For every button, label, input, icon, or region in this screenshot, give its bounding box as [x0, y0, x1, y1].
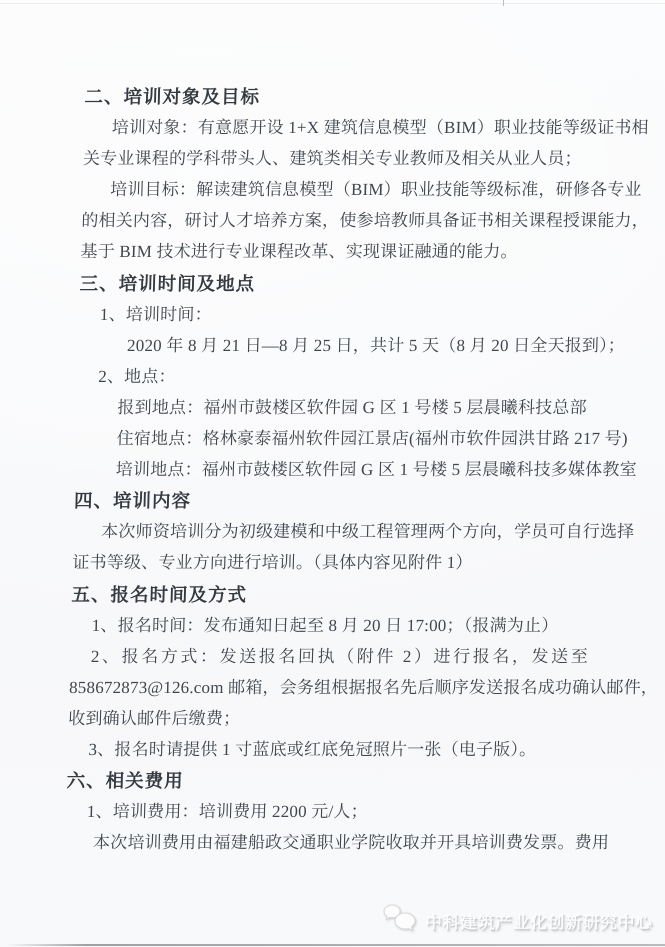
- text-line: 培训目标：解读建筑信息模型（BIM）职业技能等级标准，研修各专业: [82, 174, 631, 205]
- text-line: 住宿地点：格林豪泰福州软件园江景店(福州市软件园洪甘路 217 号): [75, 423, 624, 454]
- watermark-label: 中科建筑产业化创新研究中心: [426, 909, 654, 933]
- text-line: 的相关内容，研讨人才培养方案，使参培教师具备证书相关课程授课能力，: [81, 205, 630, 236]
- text-line: 证书等级、专业方向进行培训。（具体内容见附件 1）: [72, 547, 621, 578]
- text-line: 培训对象：有意愿开设 1+X 建筑信息模型（BIM）职业技能等级证书相: [83, 112, 632, 143]
- section-heading: 六、相关费用: [66, 765, 615, 796]
- text-line: 报到地点：福州市鼓楼区软件园 G 区 1 号楼 5 层晨曦科技总部: [76, 392, 625, 423]
- section-heading: 五、报名时间及方式: [71, 579, 620, 610]
- chat-bubbles-logo-icon: [381, 903, 417, 940]
- text-line: 关专业课程的学科带头人、建筑类相关专业教师及相关从业人员；: [83, 143, 632, 174]
- list-item: 2、地点：: [77, 361, 626, 392]
- list-item: 2、报名方式：发送报名回执（附件 2）进行报名，发送至: [70, 641, 619, 672]
- section-heading: 四、培训内容: [74, 485, 623, 516]
- text-line: 本次师资培训分为初级建模和中级工程管理两个方向，学员可自行选择: [73, 516, 622, 547]
- list-item: 1、培训时间：: [78, 299, 627, 330]
- document-page: 二、培训对象及目标 培训对象：有意愿开设 1+X 建筑信息模型（BIM）职业技能…: [0, 0, 665, 947]
- section-heading: 二、培训对象及目标: [84, 81, 633, 112]
- section-heading: 三、培训时间及地点: [79, 268, 628, 299]
- list-item: 3、报名时请提供 1 寸蓝底或红底免冠照片一张（电子版）。: [67, 734, 616, 765]
- scan-top-edge: [0, 0, 665, 4]
- text-line: 收到确认邮件后缴费；: [68, 703, 617, 734]
- text-line: 培训地点：福州市鼓楼区软件园 G 区 1 号楼 5 层晨曦科技多媒体教室: [74, 454, 623, 485]
- text-line: 2020 年 8 月 21 日—8 月 25 日，共计 5 天（8 月 20 日…: [78, 330, 627, 361]
- text-line: 基于 BIM 技术进行专业课程改革、实现课证融通的能力。: [80, 236, 629, 267]
- list-item: 1、培训费用：培训费用 2200 元/人；: [65, 796, 614, 827]
- document-text: 二、培训对象及目标 培训对象：有意愿开设 1+X 建筑信息模型（BIM）职业技能…: [65, 81, 633, 858]
- scan-artifact: [503, 0, 504, 6]
- text-line: 本次培训费用由福建船政交通职业学院收取并开具培训费发票。费用: [65, 827, 614, 858]
- text-line: 858672873@126.com 邮箱，会务组根据报名先后顺序发送报名成功确认…: [69, 672, 618, 703]
- scan-bottom-edge: [6, 944, 665, 946]
- watermark: 中科建筑产业化创新研究中心: [381, 902, 654, 940]
- list-item: 1、报名时间：发布通知日起至 8 月 20 日 17:00；（报满为止）: [70, 610, 619, 641]
